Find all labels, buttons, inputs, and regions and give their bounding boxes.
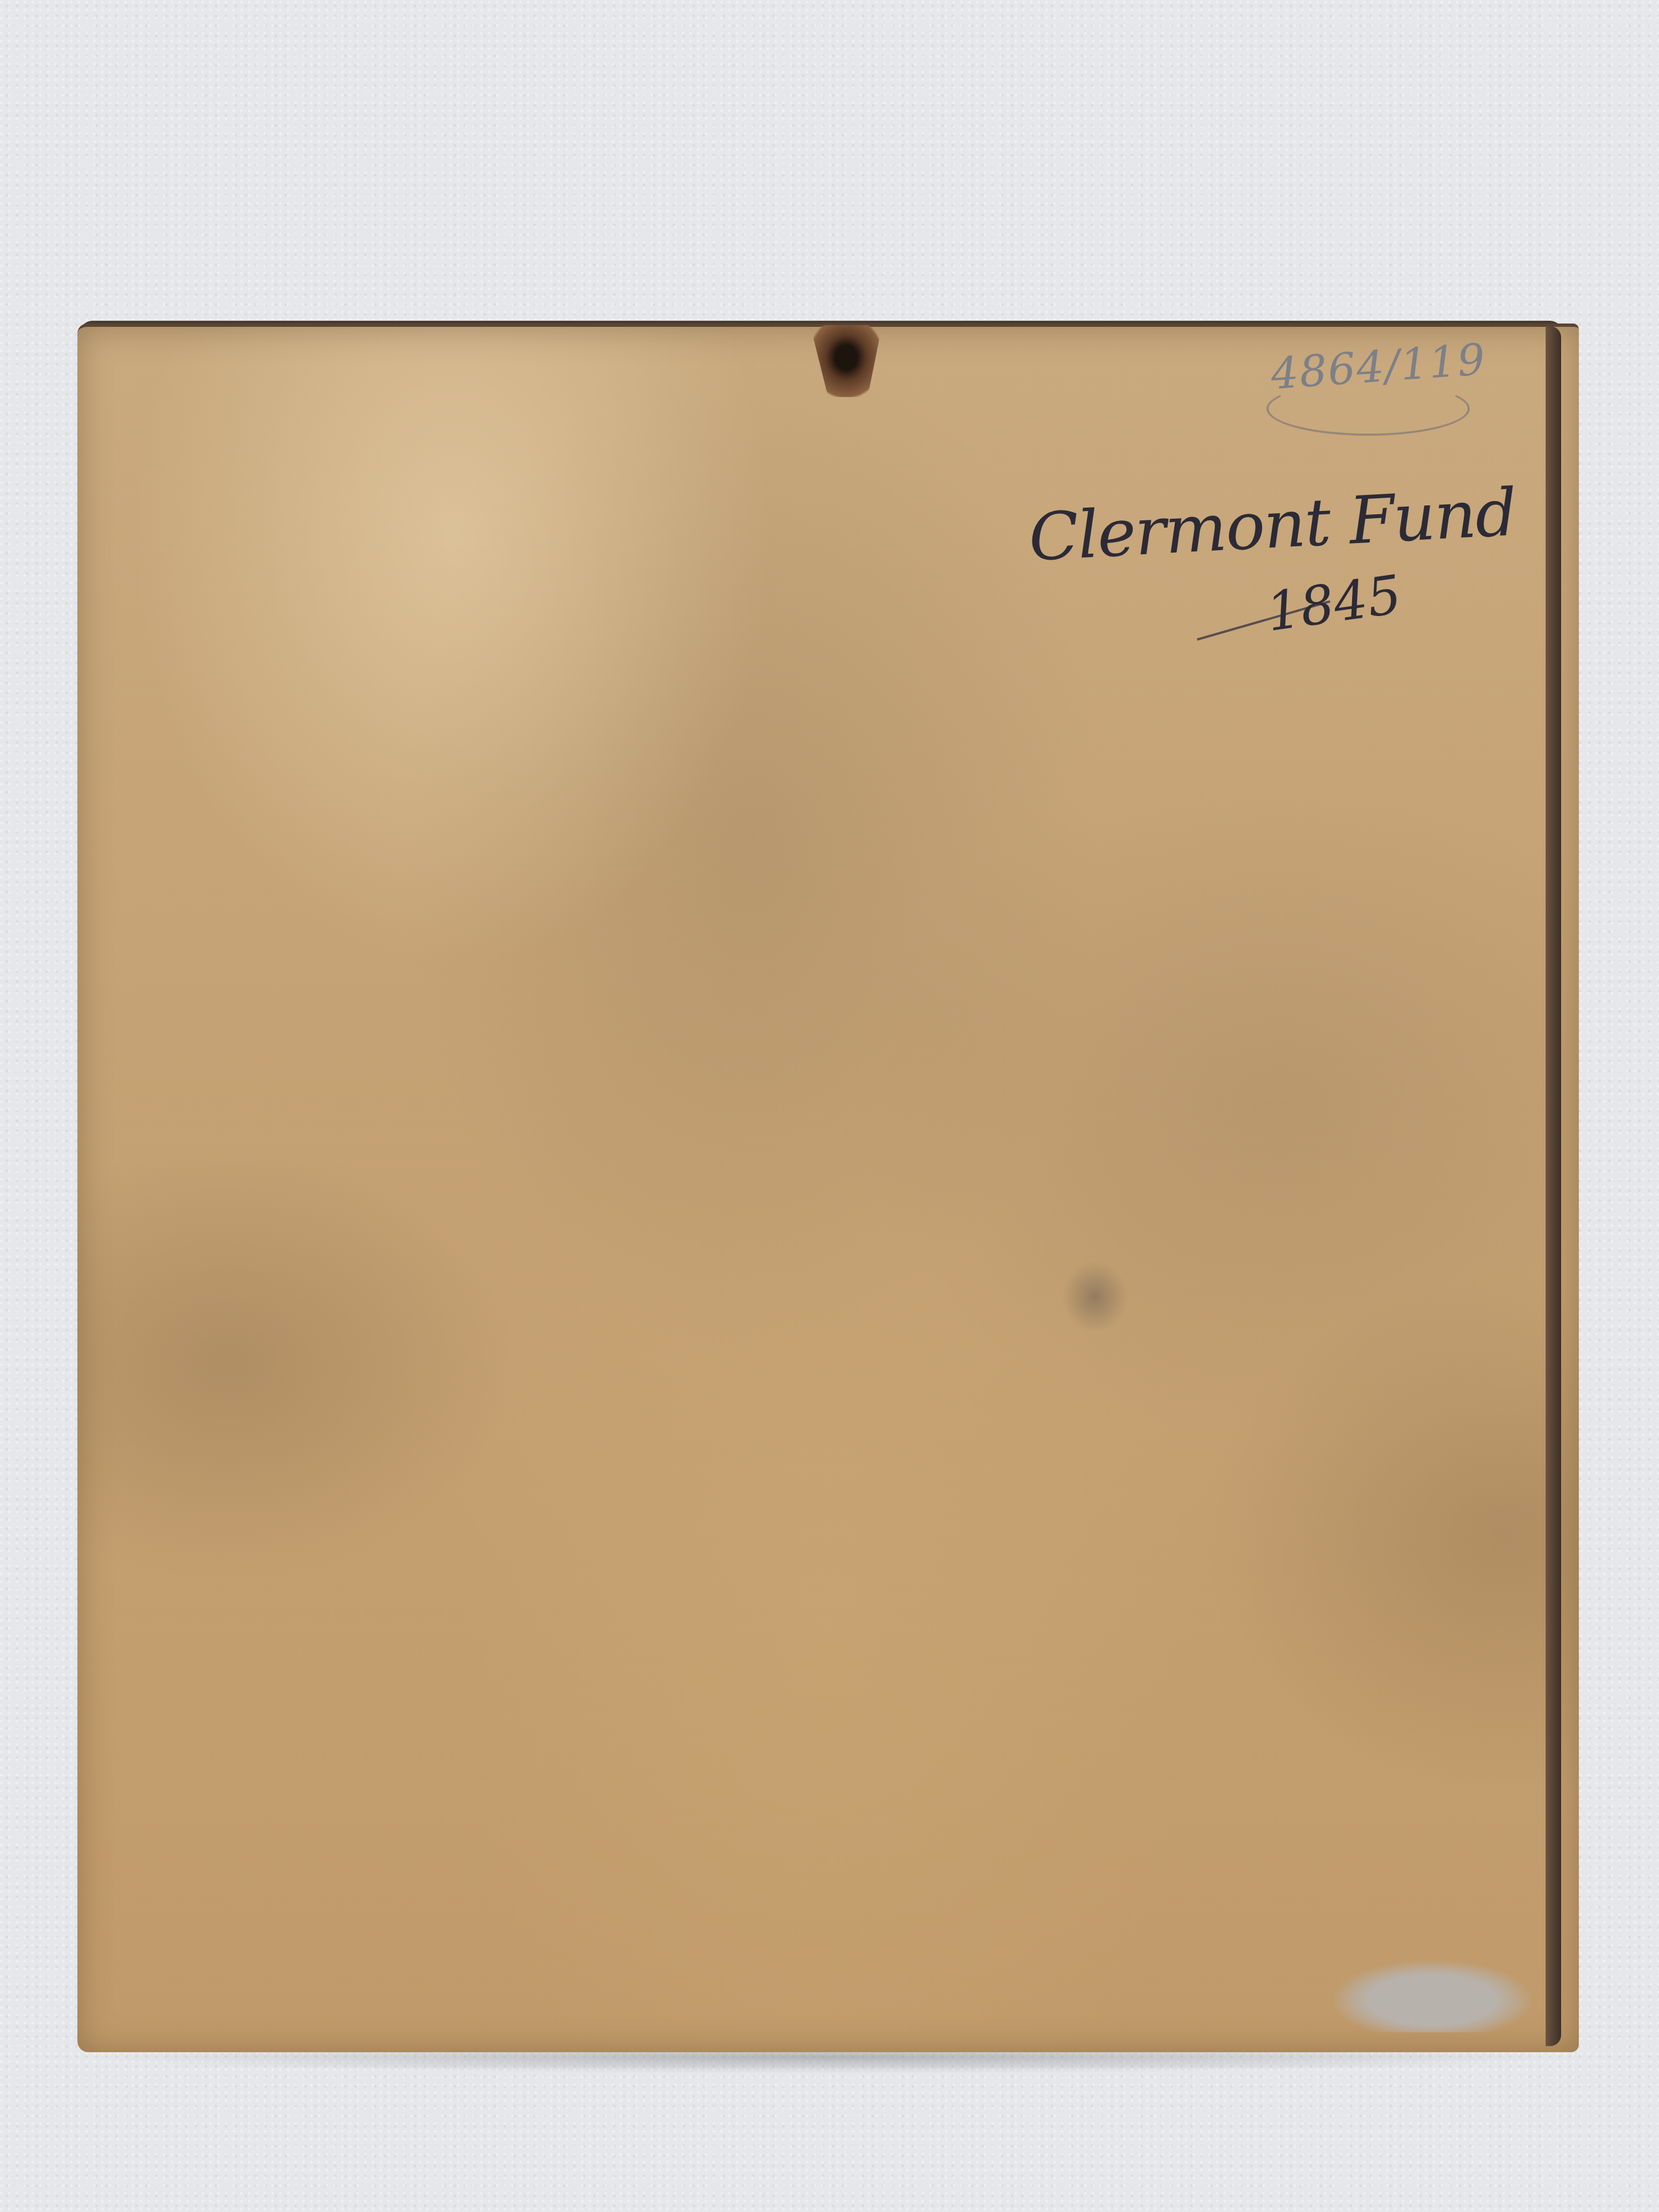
frame-side-edge: [1546, 326, 1561, 2046]
pencil-inventory-number: 4864/119: [1269, 336, 1468, 432]
ink-smudge: [1062, 1261, 1128, 1333]
worn-paper-patch: [1333, 1960, 1532, 2032]
